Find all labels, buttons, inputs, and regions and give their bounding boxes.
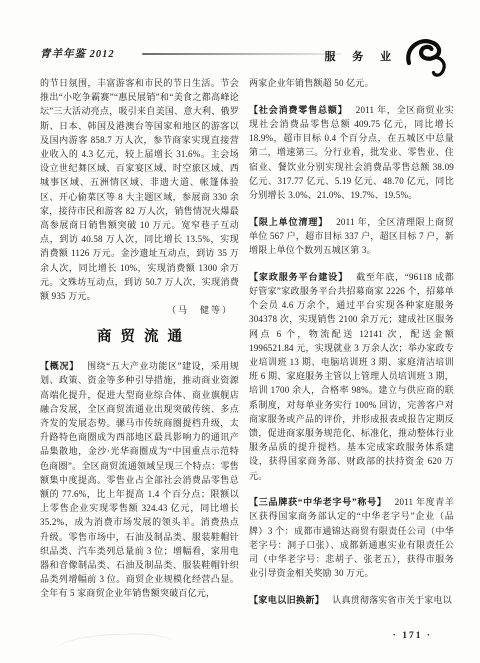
entry-retail-total: 【社会消费零售总额】2011 年，全区商贸业实现社会消费品零售总额 409.75… bbox=[249, 103, 454, 202]
continued-paragraph: 的节日氛围，丰富游客和市民的节日生活。节会推出“小吃争霸赛”“惠民展销”和“美食… bbox=[40, 76, 239, 303]
page-body: 的节日氛围，丰富游客和市民的节日生活。节会推出“小吃争霸赛”“惠民展销”和“美食… bbox=[40, 76, 454, 620]
entry-housekeeping-platform: 【家政服务平台建设】截至年底，“96118 成都好管家”家政服务平台共招募商家 … bbox=[249, 270, 454, 483]
page-header: 青羊年鉴 2012 服 务 业 bbox=[40, 40, 458, 80]
paragraph-text: 的节日氛围，丰富游客和市民的节日生活。节会推出“小吃争霸赛”“惠民展销”和“美食… bbox=[40, 78, 239, 301]
entry-unit-clearing: 【限上单位清理】2011 年，全区清理限上商贸单位 567 户，超市目标 337… bbox=[249, 215, 454, 258]
byline: （马 健等） bbox=[40, 303, 239, 317]
header-rule bbox=[142, 53, 342, 55]
page-number: · 171 · bbox=[393, 631, 432, 641]
paragraph-text: 两家企业年销售额超 50 亿元。 bbox=[249, 78, 374, 88]
entry-label: 【限上单位清理】 bbox=[249, 217, 328, 227]
section-label: 服 务 业 bbox=[325, 48, 399, 64]
entry-text: 截至年底，“96118 成都好管家”家政服务平台共招募商家 2226 个，招募单… bbox=[249, 272, 454, 481]
entry-label: 【家政服务平台建设】 bbox=[249, 272, 348, 282]
entry-label: 【三品牌获“中华老字号”称号】 bbox=[249, 497, 387, 507]
entry-text: 认真贯彻落实省市关于家电以 bbox=[332, 595, 452, 605]
entry-label: 【家电以旧换新】 bbox=[249, 595, 324, 605]
continued-paragraph: 两家企业年销售额超 50 亿元。 bbox=[249, 76, 454, 90]
entry-text: 2011 年，全区商贸业实现社会消费品零售总额 409.75 亿元，同比增长 1… bbox=[249, 105, 454, 200]
right-column: 两家企业年销售额超 50 亿元。 【社会消费零售总额】2011 年，全区商贸业实… bbox=[249, 76, 454, 620]
entry-text: 2011 年度青羊区获得国家商务部认定的“中华老字号”企业（品牌）3 个：成都市… bbox=[249, 497, 454, 578]
calligraphic-swirl-icon bbox=[404, 36, 450, 78]
entry-label: 【社会消费零售总额】 bbox=[249, 105, 348, 115]
section-title: 商贸流通 bbox=[40, 330, 239, 344]
scan-artifact bbox=[55, 632, 175, 651]
entry-time-honored-brands: 【三品牌获“中华老字号”称号】2011 年度青羊区获得国家商务部认定的“中华老字… bbox=[249, 495, 454, 580]
yearbook-page: 青羊年鉴 2012 服 务 业 的节日氛围，丰富游客和市民的节日生活。节会推出“… bbox=[0, 0, 480, 663]
left-column: 的节日氛围，丰富游客和市民的节日生活。节会推出“小吃争霸赛”“惠民展销”和“美食… bbox=[40, 76, 239, 620]
entry-label: 【概况】 bbox=[40, 361, 79, 371]
entry-text: 围绕“五大产业功能区”建设，采用规划、政策、资金等多种引导措施，推动商业资源高端… bbox=[40, 361, 239, 598]
book-title: 青羊年鉴 2012 bbox=[40, 46, 115, 61]
entry-overview: 【概况】围绕“五大产业功能区”建设，采用规划、政策、资金等多种引导措施，推动商业… bbox=[40, 359, 239, 600]
entry-appliance-tradein: 【家电以旧换新】认真贯彻落实省市关于家电以 bbox=[249, 593, 454, 607]
